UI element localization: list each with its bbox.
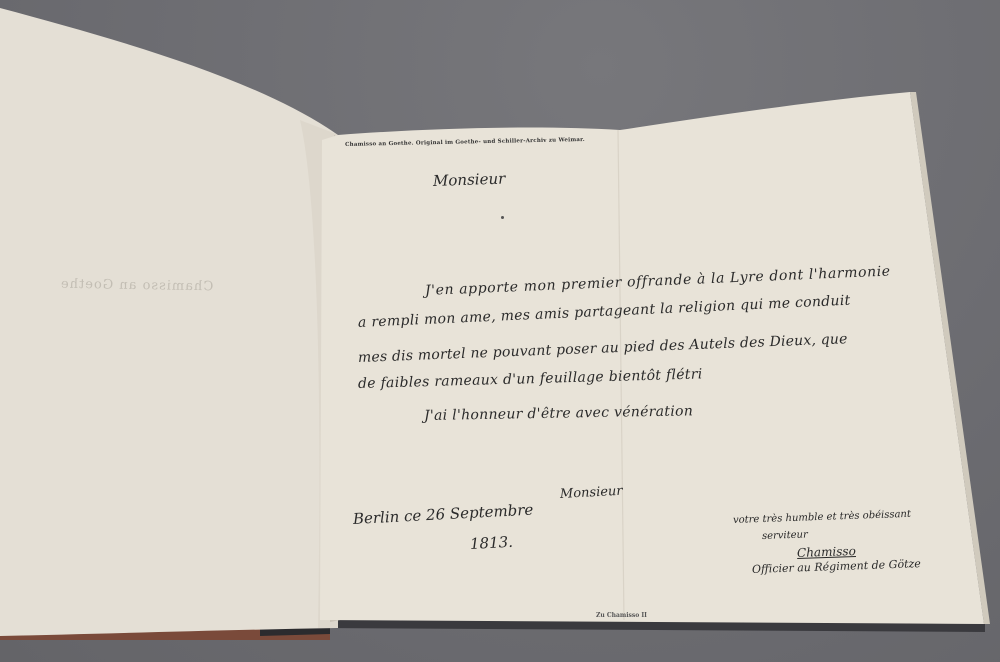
letter-year: 1813.	[470, 533, 514, 553]
ink-dot	[501, 216, 504, 219]
left-page	[0, 8, 338, 636]
signature-line-2: serviteur	[762, 529, 808, 542]
signature-name: Chamisso	[797, 544, 856, 560]
letter-greeting: Monsieur	[433, 169, 506, 190]
page-footer-mark: Zu Chamisso II	[596, 612, 647, 619]
show-through-text: Chamisso an Goethe	[60, 277, 214, 295]
